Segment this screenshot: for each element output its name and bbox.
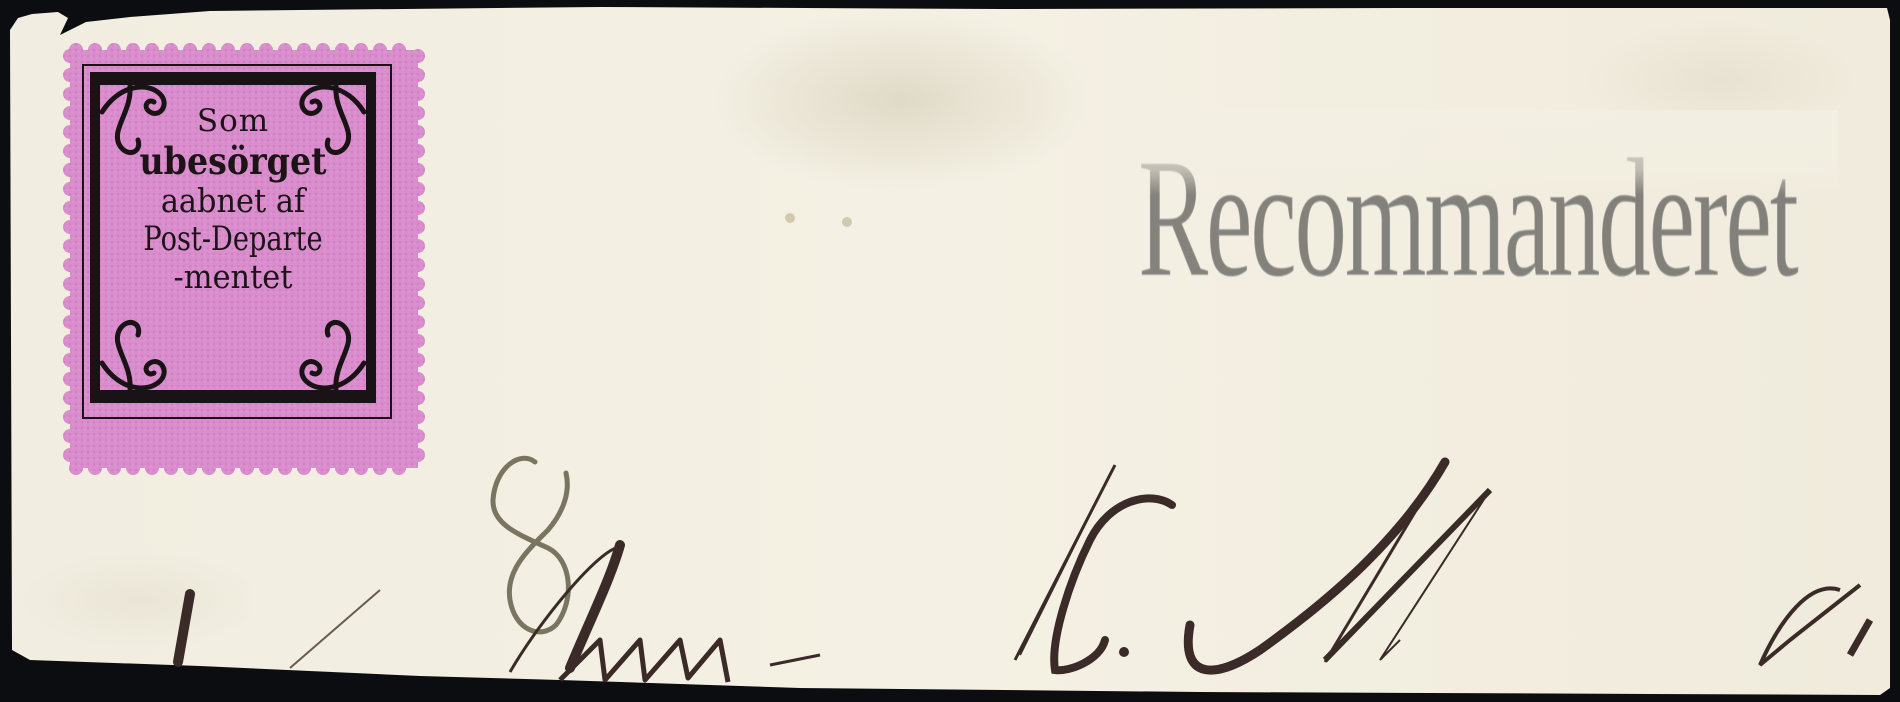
scene: Som ubesörget aabnet af Post-Departe -me… bbox=[0, 0, 1900, 702]
manuscript-address bbox=[0, 0, 1900, 702]
